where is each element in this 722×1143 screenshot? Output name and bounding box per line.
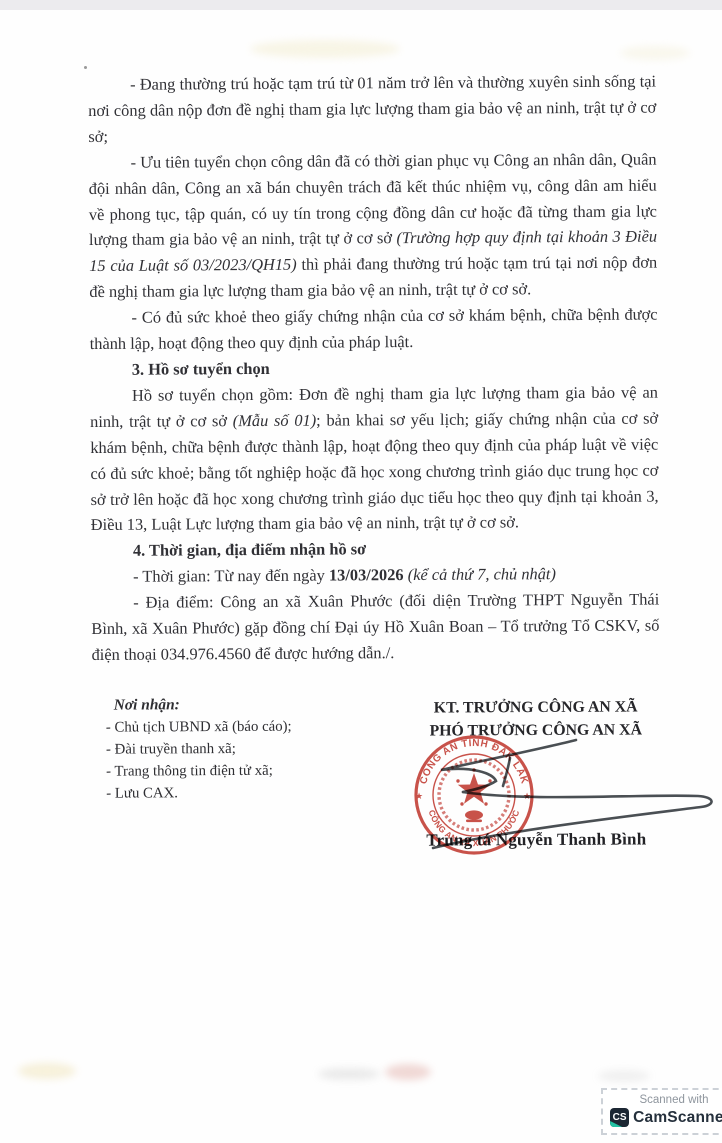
recipient-item: - Lưu CAX. [106, 781, 356, 804]
para-time-text: - Thời gian: Từ nay đến ngày [133, 566, 329, 586]
camscanner-logo-icon: CS [610, 1108, 629, 1127]
recipients-title: Nơi nhận: [114, 693, 356, 716]
para-dossier-form-ref: (Mẫu số 01) [233, 410, 317, 430]
scan-smudge [598, 1070, 650, 1082]
camscanner-badge: Scanned with CS CamScanner [601, 1088, 722, 1135]
recipient-item: - Đài truyền thanh xã; [106, 737, 356, 760]
camscanner-brand-name: CamScanner [633, 1109, 722, 1127]
handwritten-signature [413, 724, 722, 860]
document-body: - Đang thường trú hoặc tạm trú từ 01 năm… [88, 69, 660, 668]
scan-smudge [318, 1068, 380, 1080]
scanner-top-band [0, 0, 722, 10]
recipients-block: Nơi nhận: - Chủ tịch UBND xã (báo cáo); … [106, 693, 357, 804]
scan-smudge [18, 1063, 76, 1079]
para-priority: - Ưu tiên tuyển chọn công dân đã có thời… [88, 146, 657, 305]
para-dossier: Hồ sơ tuyển chọn gồm: Đơn đề nghị tham g… [90, 379, 659, 538]
para-health: - Có đủ sức khoẻ theo giấy chứng nhận củ… [89, 302, 657, 357]
para-residency: - Đang thường trú hoặc tạm trú từ 01 năm… [88, 69, 656, 150]
deadline-date: 13/03/2026 [329, 565, 404, 584]
para-time-note: (kể cả thứ 7, chủ nhật) [408, 564, 556, 584]
recipient-item: - Trang thông tin điện tử xã; [106, 759, 356, 782]
scan-smudge [250, 40, 400, 58]
heading-section-4: 4. Thời gian, địa điểm nhận hồ sơ [91, 535, 659, 564]
heading-section-3: 3. Hồ sơ tuyển chọn [90, 353, 658, 382]
scan-smudge [385, 1064, 431, 1080]
scan-speck [84, 66, 87, 69]
scan-smudge [620, 46, 690, 60]
para-time: - Thời gian: Từ nay đến ngày 13/03/2026 … [91, 561, 659, 590]
recipient-item: - Chủ tịch UBND xã (báo cáo); [106, 715, 356, 738]
scanned-document-page: - Đang thường trú hoặc tạm trú từ 01 năm… [0, 0, 722, 1143]
camscanner-brand-row: CS CamScanner [603, 1108, 722, 1127]
camscanner-scanned-with-label: Scanned with [603, 1094, 722, 1106]
signer-title-line1: KT. TRƯỞNG CÔNG AN XÃ [402, 695, 670, 719]
para-place: - Địa điểm: Công an xã Xuân Phước (đối d… [91, 587, 659, 668]
